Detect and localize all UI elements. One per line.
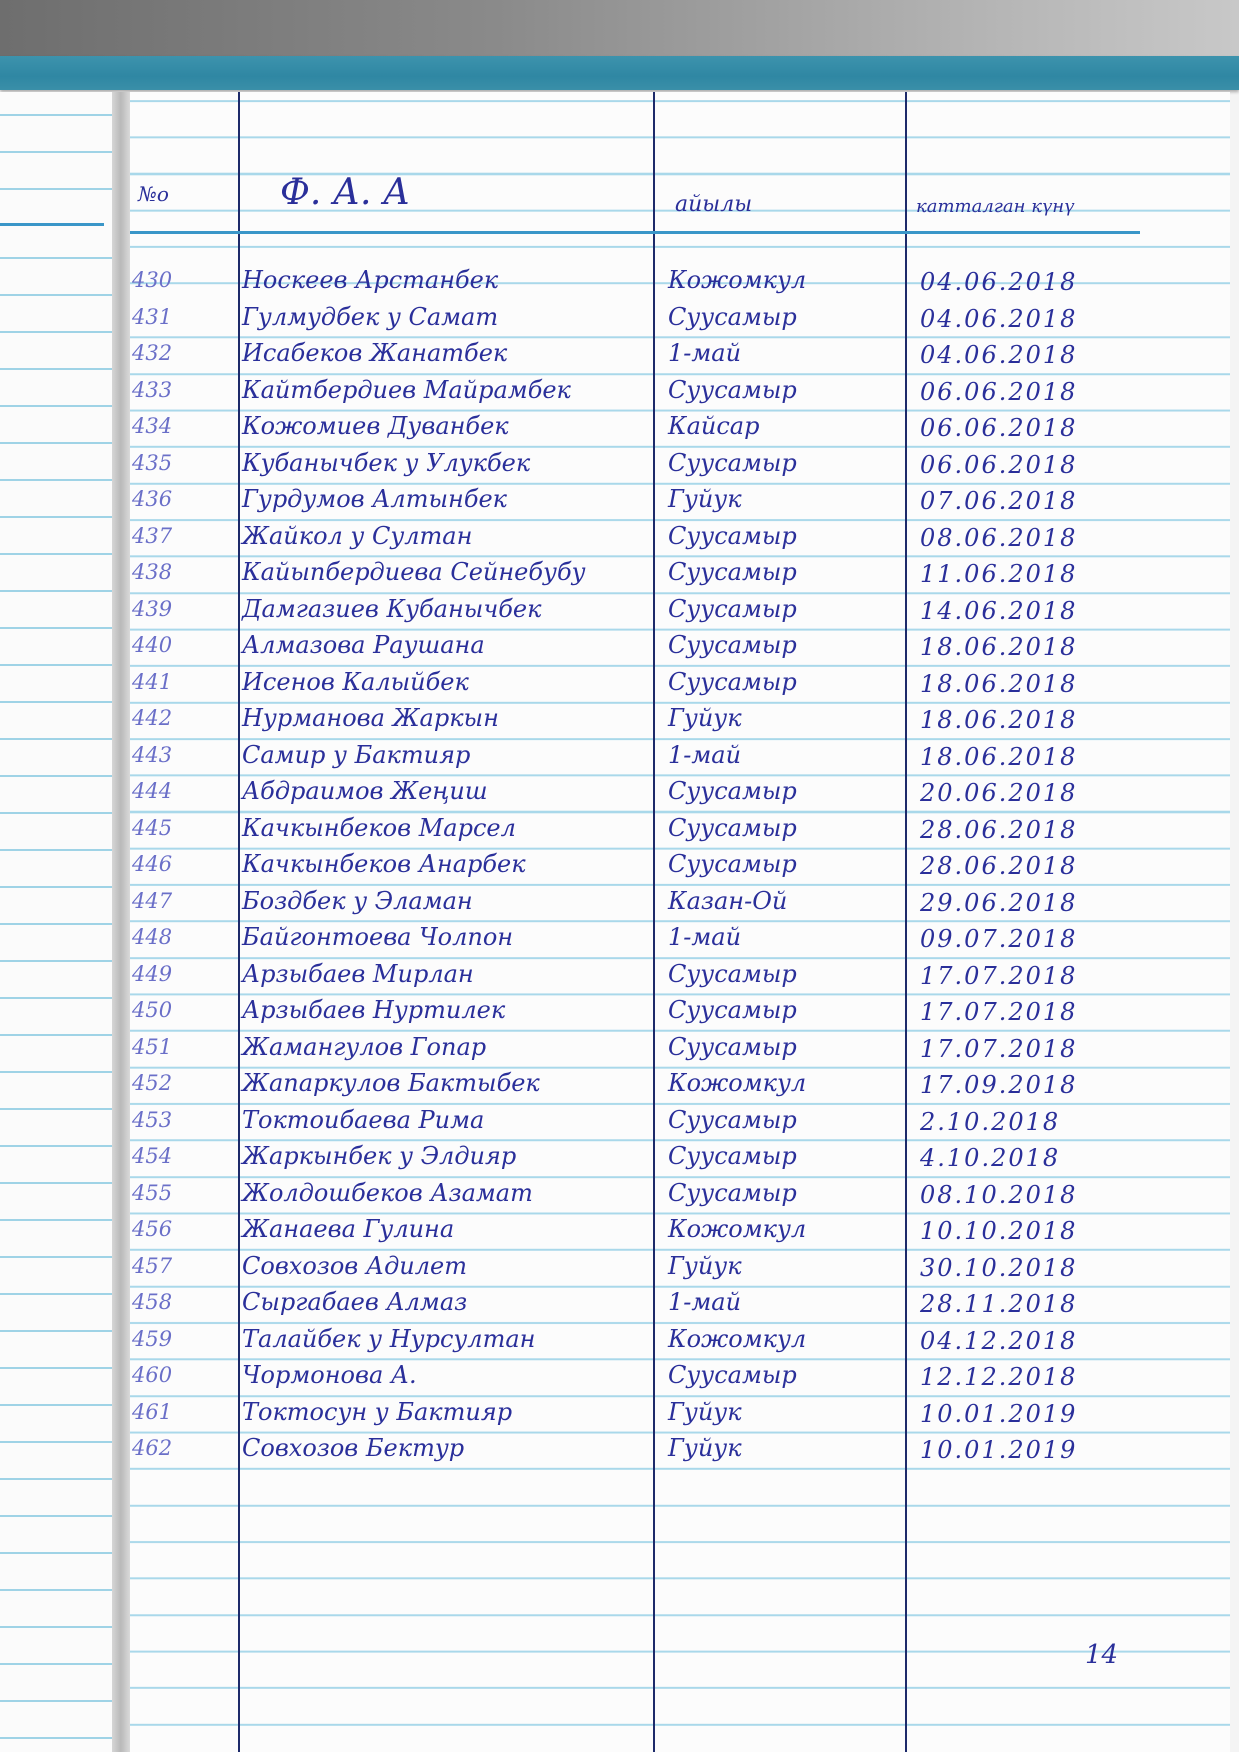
- row-full-name: Качкынбеков Анарбек: [242, 850, 526, 878]
- row-date: 28.06.2018: [920, 852, 1077, 880]
- row-date: 14.06.2018: [920, 597, 1077, 625]
- row-number: 443: [132, 743, 172, 767]
- table-row: 452Жапаркулов БактыбекКожомкул17.09.2018: [130, 1067, 1230, 1104]
- row-date: 18.06.2018: [920, 706, 1077, 734]
- row-date: 07.06.2018: [920, 487, 1077, 515]
- row-full-name: Кайыпбердиева Сейнебубу: [242, 558, 586, 586]
- row-village: Кожомкул: [668, 1325, 806, 1353]
- row-number: 433: [132, 378, 172, 402]
- row-date: 30.10.2018: [920, 1254, 1077, 1282]
- row-number: 440: [132, 633, 172, 657]
- page-number: 14: [1085, 1640, 1118, 1670]
- row-date: 11.06.2018: [920, 560, 1077, 588]
- table-row: 438Кайыпбердиева СейнебубуСуусамыр11.06.…: [130, 556, 1230, 593]
- row-full-name: Кубанычбек у Улукбек: [242, 449, 530, 477]
- table-row: 444Абдраимов ЖеңишСуусамыр20.06.2018: [130, 775, 1230, 812]
- row-full-name: Байгонтоева Чолпон: [242, 923, 513, 951]
- row-number: 434: [132, 414, 172, 438]
- row-village: Суусамыр: [668, 850, 797, 878]
- row-village: Казан-Ой: [668, 887, 787, 915]
- row-full-name: Жапаркулов Бактыбек: [242, 1069, 540, 1097]
- row-full-name: Носкеев Арстанбек: [242, 266, 498, 294]
- row-number: 444: [132, 779, 172, 803]
- row-village: Суусамыр: [668, 1361, 797, 1389]
- row-full-name: Боздбек у Эламан: [242, 887, 473, 915]
- table-row: 446Качкынбеков АнарбекСуусамыр28.06.2018: [130, 848, 1230, 885]
- header-registration-date: катталган күнү: [916, 196, 1074, 217]
- row-number: 436: [132, 487, 172, 511]
- row-full-name: Совхозов Бектур: [242, 1434, 464, 1462]
- table-row: 450Арзыбаев НуртилекСуусамыр17.07.2018: [130, 994, 1230, 1031]
- table-row: 430Носкеев АрстанбекКожомкул04.06.2018: [130, 264, 1230, 301]
- table-row: 451Жамангулов ГопарСуусамыр17.07.2018: [130, 1031, 1230, 1068]
- row-date: 28.11.2018: [920, 1290, 1077, 1318]
- row-date: 10.01.2019: [920, 1400, 1077, 1428]
- left-page: [0, 92, 118, 1752]
- row-number: 449: [132, 962, 172, 986]
- header-village: айылы: [675, 192, 752, 217]
- table-row: 460Чормонова А.Суусамыр12.12.2018: [130, 1359, 1230, 1396]
- table-row: 458Сыргабаев Алмаз1-май28.11.2018: [130, 1286, 1230, 1323]
- row-number: 445: [132, 816, 172, 840]
- table-row: 437Жайкол у СултанСуусамыр08.06.2018: [130, 520, 1230, 557]
- table-row: 442Нурманова ЖаркынГуйук18.06.2018: [130, 702, 1230, 739]
- row-village: 1-май: [668, 741, 741, 769]
- row-date: 17.09.2018: [920, 1071, 1077, 1099]
- notebook-cover-edge: [0, 56, 1239, 90]
- row-village: Гуйук: [668, 1434, 742, 1462]
- table-row: 448Байгонтоева Чолпон1-май09.07.2018: [130, 921, 1230, 958]
- row-full-name: Талайбек у Нурсултан: [242, 1325, 535, 1353]
- row-full-name: Гурдумов Алтынбек: [242, 485, 507, 513]
- row-date: 4.10.2018: [920, 1144, 1060, 1172]
- row-date: 10.01.2019: [920, 1436, 1077, 1464]
- table-row: 443Самир у Бактияр1-май18.06.2018: [130, 739, 1230, 776]
- row-full-name: Совхозов Адилет: [242, 1252, 467, 1280]
- row-full-name: Абдраимов Жеңиш: [242, 777, 488, 805]
- row-number: 456: [132, 1217, 172, 1241]
- row-date: 18.06.2018: [920, 633, 1077, 661]
- row-date: 04.06.2018: [920, 341, 1077, 369]
- row-number: 462: [132, 1436, 172, 1460]
- row-village: Суусамыр: [668, 1142, 797, 1170]
- row-number: 435: [132, 451, 172, 475]
- row-village: Суусамыр: [668, 595, 797, 623]
- row-village: Кожомкул: [668, 266, 806, 294]
- row-date: 04.12.2018: [920, 1327, 1077, 1355]
- row-date: 06.06.2018: [920, 414, 1077, 442]
- row-number: 455: [132, 1181, 172, 1205]
- row-full-name: Качкынбеков Марсел: [242, 814, 516, 842]
- row-date: 18.06.2018: [920, 670, 1077, 698]
- row-number: 447: [132, 889, 172, 913]
- row-full-name: Кайтбердиев Майрамбек: [242, 376, 571, 404]
- row-village: Суусамыр: [668, 631, 797, 659]
- row-village: 1-май: [668, 1288, 741, 1316]
- table-row: 432Исабеков Жанатбек1-май04.06.2018: [130, 337, 1230, 374]
- row-full-name: Жанаева Гулина: [242, 1215, 454, 1243]
- row-date: 04.06.2018: [920, 305, 1077, 333]
- row-date: 17.07.2018: [920, 1035, 1077, 1063]
- row-date: 17.07.2018: [920, 962, 1077, 990]
- table-row: 459Талайбек у НурсултанКожомкул04.12.201…: [130, 1323, 1230, 1360]
- header-number: №о: [138, 182, 169, 206]
- ledger-page: №о Ф. А. А айылы катталган күнү 430Носке…: [130, 92, 1230, 1752]
- row-village: Кожомкул: [668, 1215, 806, 1243]
- row-village: Суусамыр: [668, 522, 797, 550]
- row-village: Гуйук: [668, 704, 742, 732]
- row-village: Суусамыр: [668, 1179, 797, 1207]
- row-date: 08.06.2018: [920, 524, 1077, 552]
- ledger-rows: 430Носкеев АрстанбекКожомкул04.06.201843…: [130, 264, 1230, 1469]
- row-village: Суусамыр: [668, 1033, 797, 1061]
- header-full-name: Ф. А. А: [280, 172, 410, 213]
- row-number: 441: [132, 670, 172, 694]
- row-village: 1-май: [668, 339, 741, 367]
- table-row: 455Жолдошбеков АзаматСуусамыр08.10.2018: [130, 1177, 1230, 1214]
- row-date: 28.06.2018: [920, 816, 1077, 844]
- row-full-name: Арзыбаев Нуртилек: [242, 996, 505, 1024]
- row-number: 457: [132, 1254, 172, 1278]
- row-village: Суусамыр: [668, 303, 797, 331]
- row-village: 1-май: [668, 923, 741, 951]
- table-row: 454Жаркынбек у ЭлдиярСуусамыр4.10.2018: [130, 1140, 1230, 1177]
- row-number: 437: [132, 524, 172, 548]
- row-date: 18.06.2018: [920, 743, 1077, 771]
- row-number: 453: [132, 1108, 172, 1132]
- row-full-name: Чормонова А.: [242, 1361, 417, 1389]
- table-row: 456Жанаева ГулинаКожомкул10.10.2018: [130, 1213, 1230, 1250]
- row-village: Суусамыр: [668, 449, 797, 477]
- row-full-name: Жолдошбеков Азамат: [242, 1179, 533, 1207]
- row-number: 438: [132, 560, 172, 584]
- table-row: 447Боздбек у ЭламанКазан-Ой29.06.2018: [130, 885, 1230, 922]
- row-full-name: Дамгазиев Кубанычбек: [242, 595, 541, 623]
- row-village: Кайсар: [668, 412, 759, 440]
- row-full-name: Токтоибаева Рима: [242, 1106, 484, 1134]
- row-full-name: Самир у Бактияр: [242, 741, 470, 769]
- row-number: 452: [132, 1071, 172, 1095]
- row-number: 432: [132, 341, 172, 365]
- header-rule: [130, 231, 1140, 234]
- row-village: Суусамыр: [668, 814, 797, 842]
- table-row: 453Токтоибаева РимаСуусамыр2.10.2018: [130, 1104, 1230, 1141]
- table-row: 457Совхозов АдилетГуйук30.10.2018: [130, 1250, 1230, 1287]
- row-number: 451: [132, 1035, 172, 1059]
- row-full-name: Исенов Калыйбек: [242, 668, 469, 696]
- row-number: 430: [132, 268, 172, 292]
- row-village: Суусамыр: [668, 376, 797, 404]
- row-date: 10.10.2018: [920, 1217, 1077, 1245]
- row-full-name: Сыргабаев Алмаз: [242, 1288, 467, 1316]
- row-village: Гуйук: [668, 1252, 742, 1280]
- row-date: 2.10.2018: [920, 1108, 1060, 1136]
- row-date: 29.06.2018: [920, 889, 1077, 917]
- table-row: 440Алмазова РаушанаСуусамыр18.06.2018: [130, 629, 1230, 666]
- table-row: 434Кожомиев ДуванбекКайсар06.06.2018: [130, 410, 1230, 447]
- row-number: 442: [132, 706, 172, 730]
- row-number: 461: [132, 1400, 172, 1424]
- table-row: 445Качкынбеков МарселСуусамыр28.06.2018: [130, 812, 1230, 849]
- row-full-name: Алмазова Раушана: [242, 631, 485, 659]
- background-shadow: [0, 0, 1239, 58]
- row-full-name: Кожомиев Дуванбек: [242, 412, 509, 440]
- row-number: 446: [132, 852, 172, 876]
- row-number: 459: [132, 1327, 172, 1351]
- table-row: 431Гулмудбек у СаматСуусамыр04.06.2018: [130, 301, 1230, 338]
- row-village: Гуйук: [668, 485, 742, 513]
- row-full-name: Жайкол у Султан: [242, 522, 472, 550]
- row-village: Суусамыр: [668, 1106, 797, 1134]
- row-number: 454: [132, 1144, 172, 1168]
- row-number: 450: [132, 998, 172, 1022]
- row-date: 04.06.2018: [920, 268, 1077, 296]
- row-date: 17.07.2018: [920, 998, 1077, 1026]
- row-number: 448: [132, 925, 172, 949]
- table-row: 441Исенов КалыйбекСуусамыр18.06.2018: [130, 666, 1230, 703]
- table-row: 436Гурдумов АлтынбекГуйук07.06.2018: [130, 483, 1230, 520]
- row-date: 12.12.2018: [920, 1363, 1077, 1391]
- row-full-name: Жамангулов Гопар: [242, 1033, 486, 1061]
- table-row: 439Дамгазиев КубанычбекСуусамыр14.06.201…: [130, 593, 1230, 630]
- row-full-name: Токтосун у Бактияр: [242, 1398, 512, 1426]
- row-date: 20.06.2018: [920, 779, 1077, 807]
- row-number: 460: [132, 1363, 172, 1387]
- row-village: Суусамыр: [668, 668, 797, 696]
- row-village: Суусамыр: [668, 777, 797, 805]
- row-full-name: Гулмудбек у Самат: [242, 303, 498, 331]
- row-date: 08.10.2018: [920, 1181, 1077, 1209]
- row-date: 06.06.2018: [920, 451, 1077, 479]
- table-row: 449Арзыбаев МирланСуусамыр17.07.2018: [130, 958, 1230, 995]
- row-full-name: Исабеков Жанатбек: [242, 339, 507, 367]
- row-village: Гуйук: [668, 1398, 742, 1426]
- row-village: Суусамыр: [668, 558, 797, 586]
- row-date: 06.06.2018: [920, 378, 1077, 406]
- table-row: 461Токтосун у БактиярГуйук10.01.2019: [130, 1396, 1230, 1433]
- row-number: 439: [132, 597, 172, 621]
- row-village: Кожомкул: [668, 1069, 806, 1097]
- row-village: Суусамыр: [668, 996, 797, 1024]
- row-village: Суусамыр: [668, 960, 797, 988]
- row-full-name: Жаркынбек у Элдияр: [242, 1142, 516, 1170]
- row-full-name: Нурманова Жаркын: [242, 704, 499, 732]
- row-full-name: Арзыбаев Мирлан: [242, 960, 474, 988]
- table-row: 435Кубанычбек у УлукбекСуусамыр06.06.201…: [130, 447, 1230, 484]
- row-number: 458: [132, 1290, 172, 1314]
- row-date: 09.07.2018: [920, 925, 1077, 953]
- table-row: 462Совхозов БектурГуйук10.01.2019: [130, 1432, 1230, 1469]
- table-row: 433Кайтбердиев МайрамбекСуусамыр06.06.20…: [130, 374, 1230, 411]
- row-number: 431: [132, 305, 172, 329]
